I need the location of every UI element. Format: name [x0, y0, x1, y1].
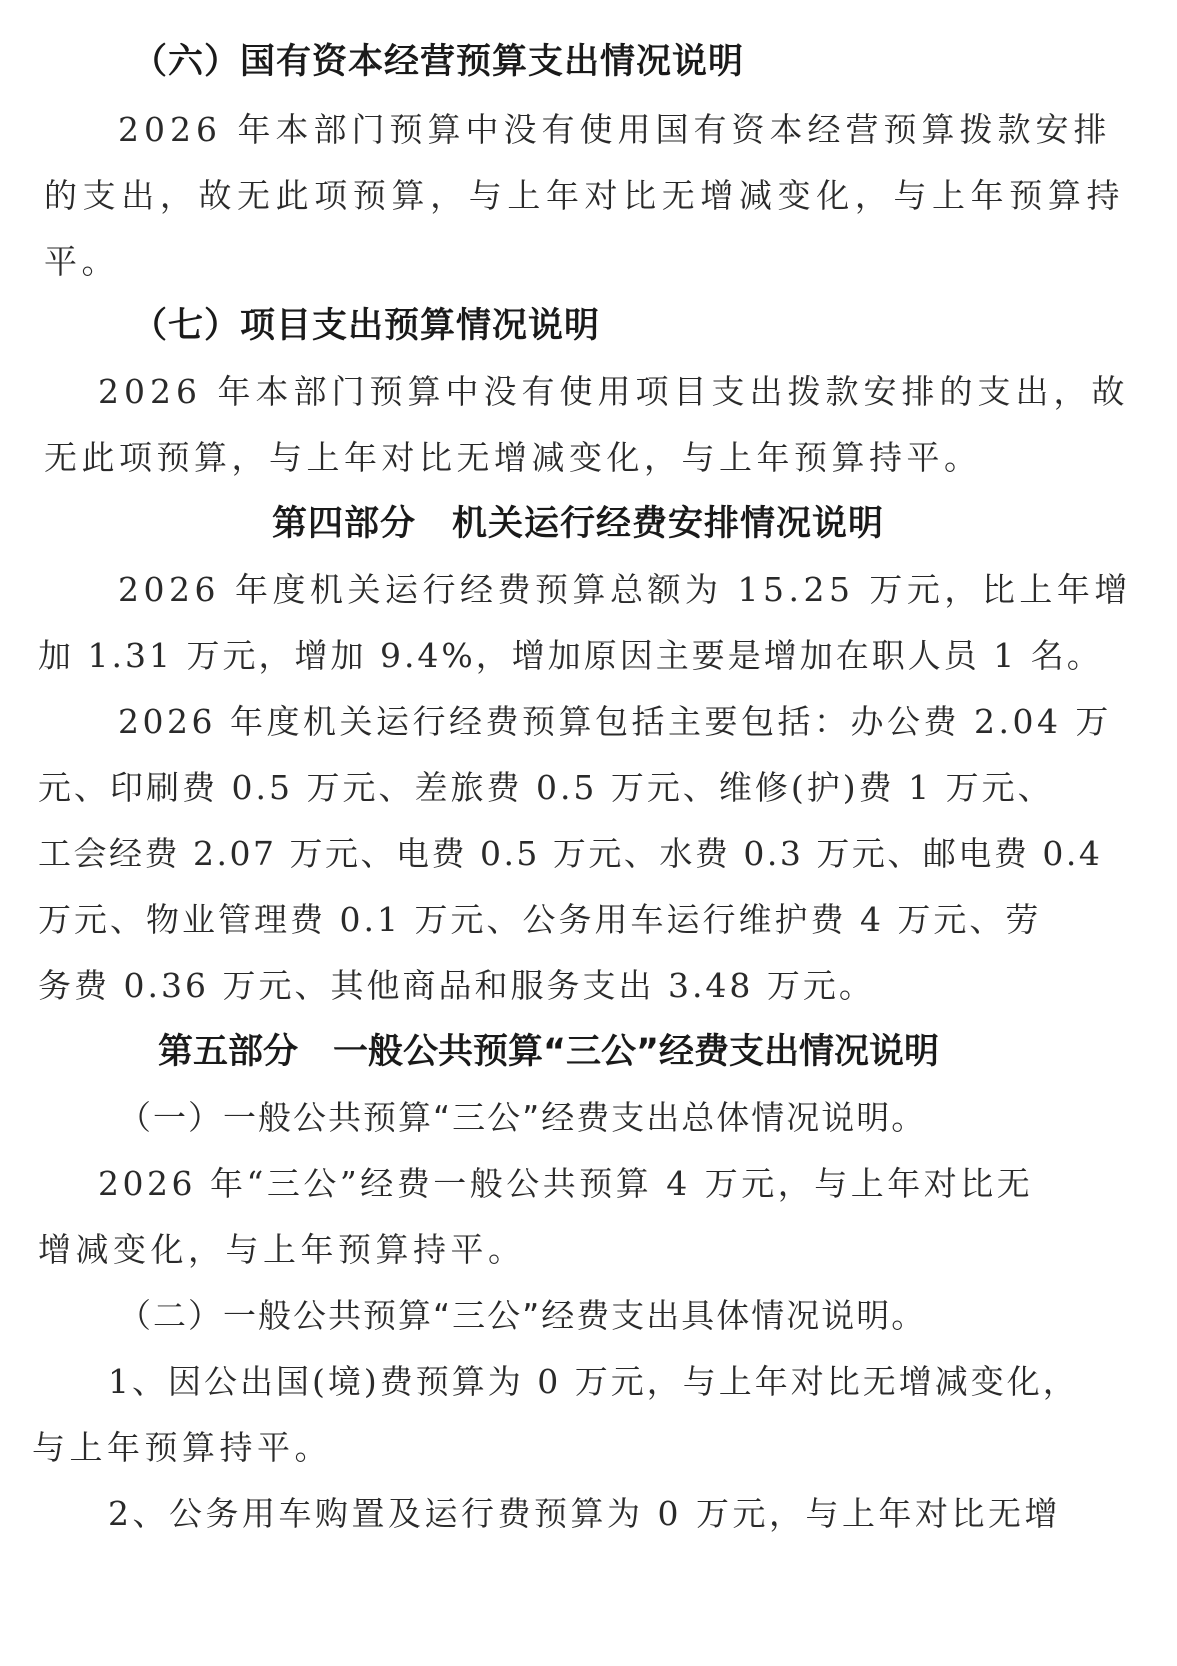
- part-4-heading: 第四部分 机关运行经费安排情况说明: [272, 504, 884, 544]
- section-7-line-2: 无此项预算，与上年对比无增减变化，与上年预算持平。: [44, 438, 982, 478]
- section-6-line-2: 的支出，故无此项预算，与上年对比无增减变化，与上年预算持: [44, 176, 1124, 216]
- part-4-para-2-line-4: 万元、物业管理费 0.1 万元、公务用车运行维护费 4 万元、劳: [38, 900, 1041, 940]
- part-4-para-1-line-2: 加 1.31 万元，增加 9.4%，增加原因主要是增加在职人员 1 名。: [38, 636, 1103, 676]
- section-7-line-1: 2026 年本部门预算中没有使用项目支出拨款安排的支出，故: [98, 372, 1129, 412]
- section-6-line-3: 平。: [44, 242, 119, 282]
- document-page: （六）国有资本经营预算支出情况说明 2026 年本部门预算中没有使用国有资本经营…: [0, 0, 1177, 1666]
- part-5-sub-2-item-2-line-1: 2、公务用车购置及运行费预算为 0 万元，与上年对比无增: [108, 1494, 1061, 1534]
- part-4-para-1-line-1: 2026 年度机关运行经费预算总额为 15.25 万元，比上年增: [118, 570, 1132, 610]
- section-6-line-1: 2026 年本部门预算中没有使用国有资本经营预算拨款安排: [118, 110, 1111, 150]
- part-5-heading: 第五部分 一般公共预算“三公”经费支出情况说明: [158, 1032, 939, 1072]
- section-7-heading: （七）项目支出预算情况说明: [132, 306, 600, 346]
- part-5-sub-1-heading: （一）一般公共预算“三公”经费支出总体情况说明。: [118, 1098, 926, 1138]
- part-4-para-2-line-3: 工会经费 2.07 万元、电费 0.5 万元、水费 0.3 万元、邮电费 0.4: [38, 834, 1102, 874]
- part-5-sub-2-heading: （二）一般公共预算“三公”经费支出具体情况说明。: [118, 1296, 926, 1336]
- part-4-para-2-line-2: 元、印刷费 0.5 万元、差旅费 0.5 万元、维修(护)费 1 万元、: [38, 768, 1054, 808]
- part-5-sub-1-line-2: 增减变化，与上年预算持平。: [38, 1230, 526, 1270]
- part-4-para-2-line-5: 务费 0.36 万元、其他商品和服务支出 3.48 万元。: [38, 966, 875, 1006]
- part-4-para-2-line-1: 2026 年度机关运行经费预算包括主要包括：办公费 2.04 万: [118, 702, 1112, 742]
- section-6-heading: （六）国有资本经营预算支出情况说明: [132, 42, 744, 82]
- part-5-sub-1-line-1: 2026 年“三公”经费一般公共预算 4 万元，与上年对比无: [98, 1164, 1033, 1204]
- part-5-sub-2-item-1-line-1: 1、因公出国(境)费预算为 0 万元，与上年对比无增减变化，: [108, 1362, 1079, 1402]
- part-5-sub-2-item-1-line-2: 与上年预算持平。: [32, 1428, 332, 1468]
